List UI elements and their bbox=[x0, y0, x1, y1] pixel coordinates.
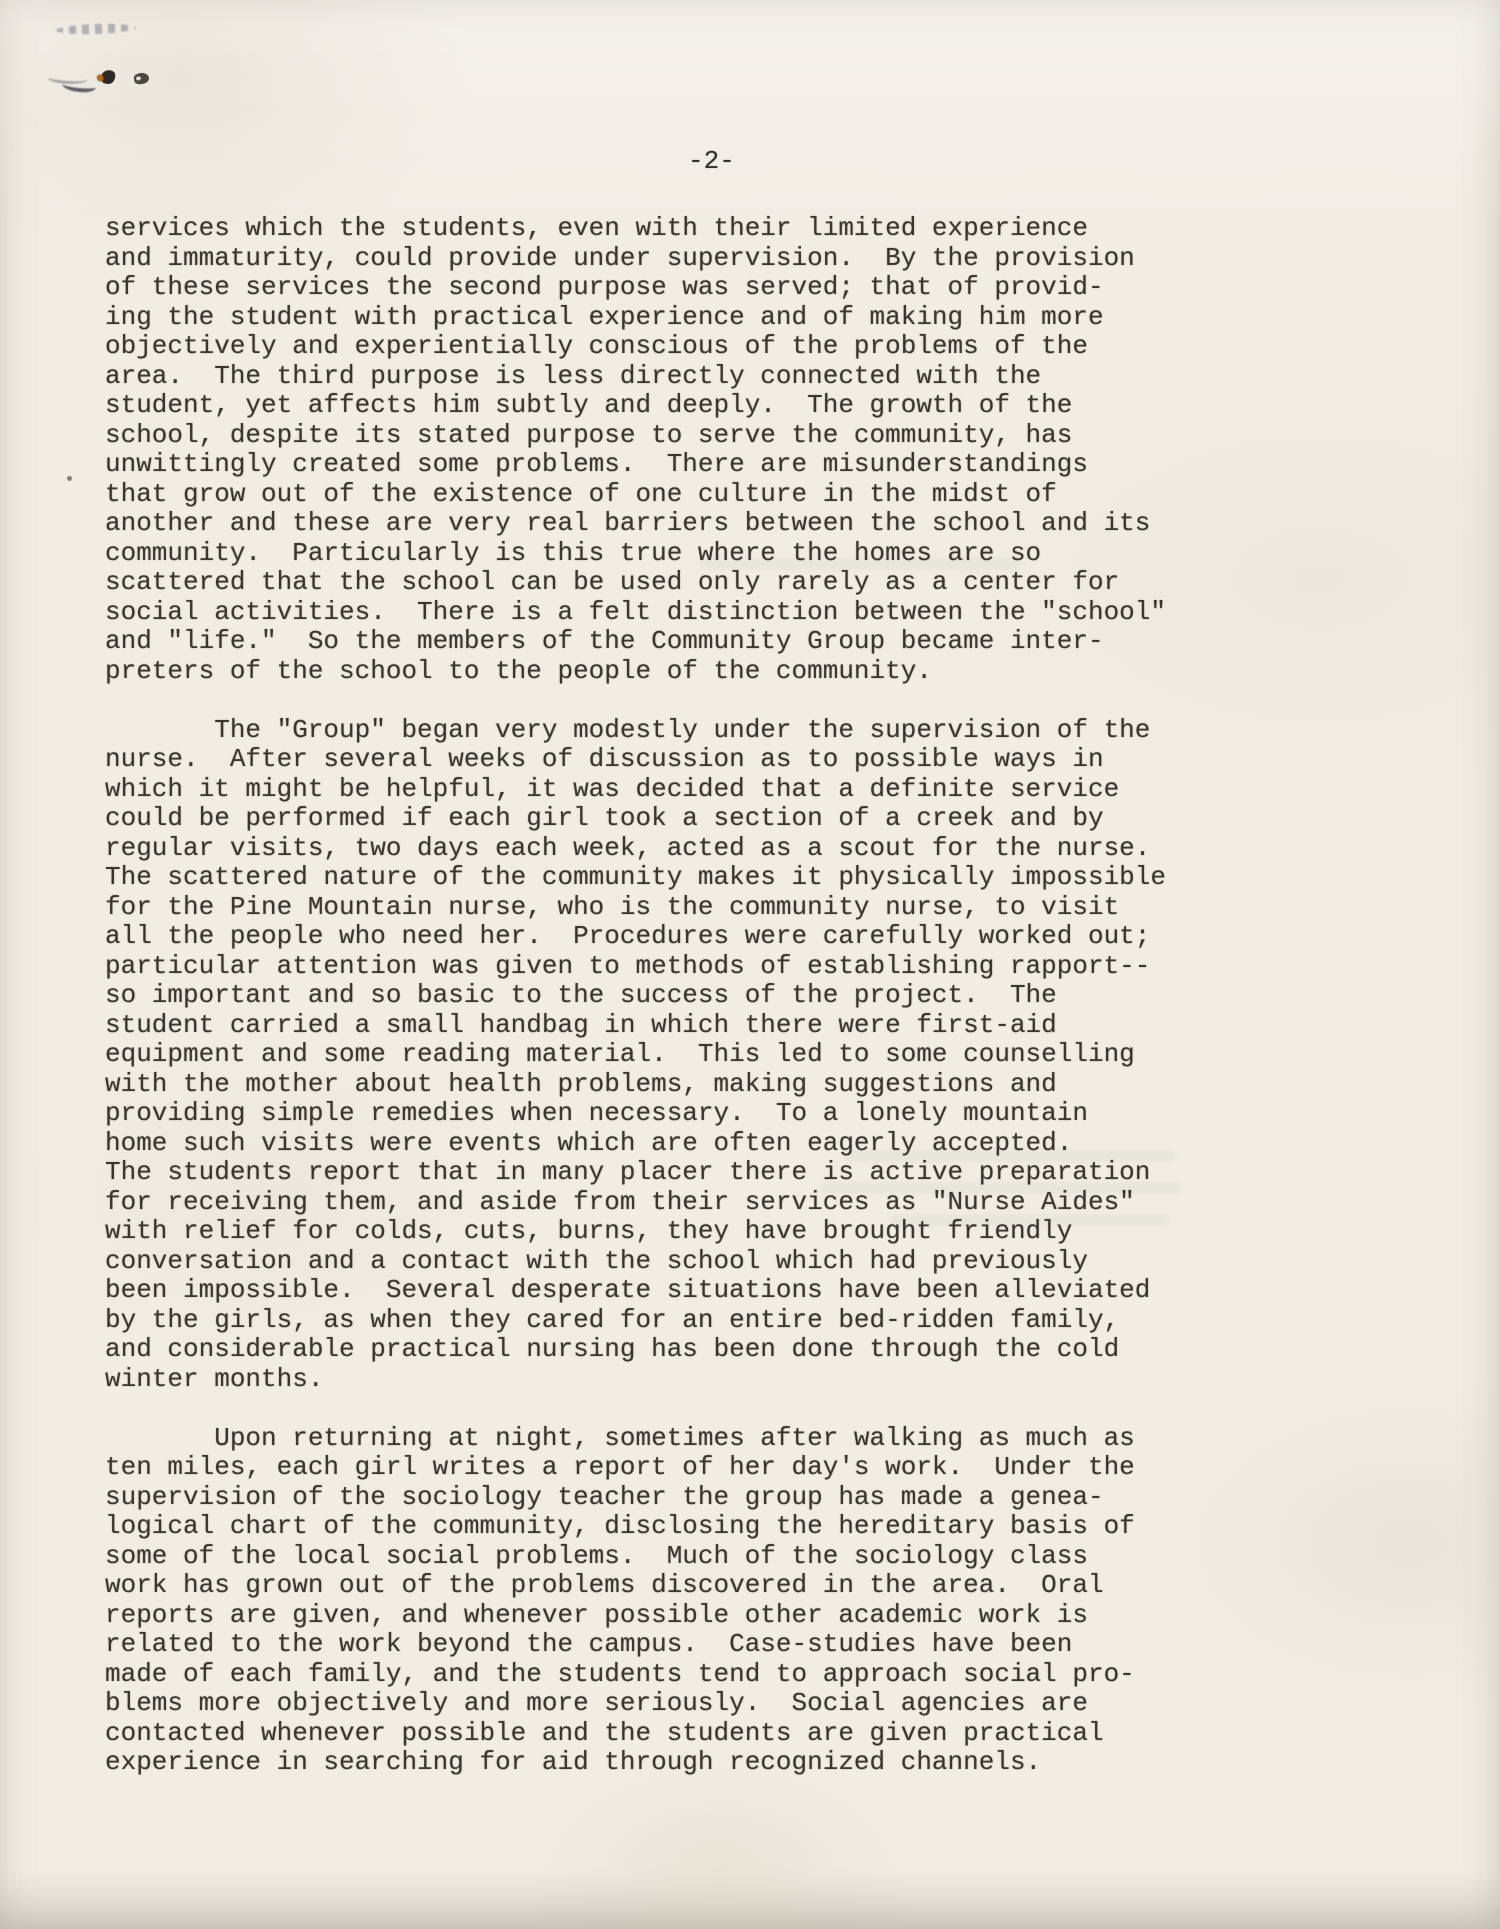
body-paragraph-3: Upon returning at night, sometimes after… bbox=[105, 1424, 1225, 1778]
pencil-smudge bbox=[56, 23, 136, 36]
document-body-text: services which the students, even with t… bbox=[105, 214, 1225, 1778]
document-page: -2- services which the students, even wi… bbox=[0, 0, 1500, 1929]
ink-scribble bbox=[62, 78, 97, 93]
page-number: -2- bbox=[688, 147, 735, 177]
ink-blot bbox=[100, 69, 117, 86]
stray-ink-dot bbox=[67, 476, 72, 481]
pencil-scribble bbox=[48, 71, 89, 86]
body-paragraph-1: services which the students, even with t… bbox=[105, 214, 1225, 686]
body-paragraph-2: The "Group" began very modestly under th… bbox=[105, 716, 1225, 1395]
ink-blot bbox=[133, 72, 149, 85]
